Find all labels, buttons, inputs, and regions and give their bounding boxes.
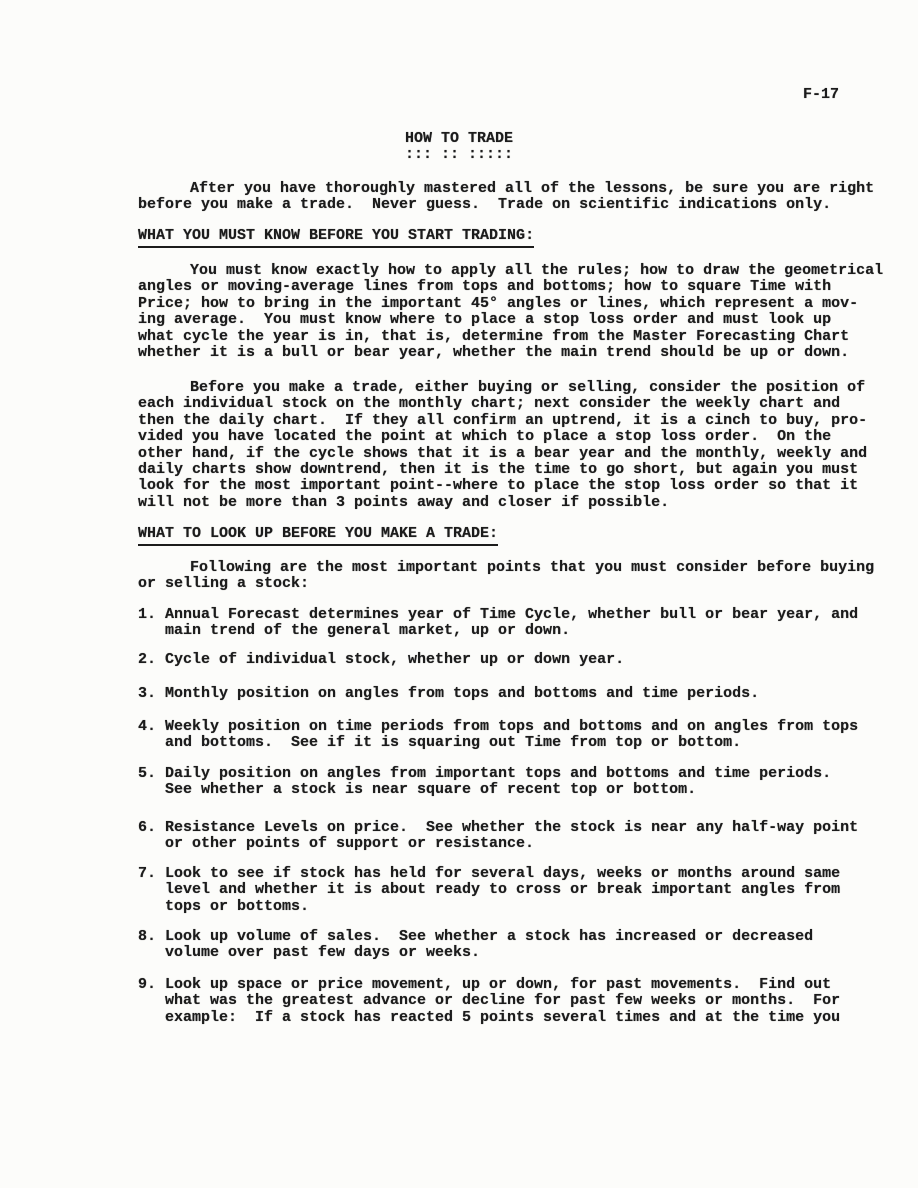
list-item: 2. Cycle of individual stock, whether up… (138, 652, 908, 668)
document-page: F-17 HOW TO TRADE ::: :: ::::: After you… (0, 0, 918, 1188)
list-item: 4. Weekly position on time periods from … (138, 719, 908, 752)
list-item-text: Look up space or price movement, up or d… (165, 977, 908, 1026)
list-item-number: 7. (138, 866, 157, 882)
section-heading-must-know: WHAT YOU MUST KNOW BEFORE YOU START TRAD… (138, 228, 534, 248)
list-item-number: 2. (138, 652, 157, 668)
list-item-number: 5. (138, 766, 157, 782)
list-item: 1. Annual Forecast determines year of Ti… (138, 607, 908, 640)
section-heading-look-up: WHAT TO LOOK UP BEFORE YOU MAKE A TRADE: (138, 526, 498, 546)
must-know-paragraph-2: Before you make a trade, either buying o… (138, 380, 898, 511)
look-up-intro: Following are the most important points … (138, 560, 898, 593)
list-item-text: Look to see if stock has held for severa… (165, 866, 908, 915)
list-item-number: 9. (138, 977, 157, 993)
intro-paragraph: After you have thoroughly mastered all o… (138, 181, 898, 214)
must-know-paragraph-1: You must know exactly how to apply all t… (138, 263, 898, 361)
list-item-text: Resistance Levels on price. See whether … (165, 820, 908, 853)
title-block: HOW TO TRADE ::: :: ::::: (0, 131, 918, 164)
list-item-text: Cycle of individual stock, whether up or… (165, 652, 908, 668)
page-title-underline: ::: :: ::::: (0, 147, 918, 163)
list-item-number: 4. (138, 719, 157, 735)
list-item-text: Weekly position on time periods from top… (165, 719, 908, 752)
list-item: 3. Monthly position on angles from tops … (138, 686, 908, 702)
list-item-number: 1. (138, 607, 157, 623)
page-number: F-17 (803, 87, 839, 103)
list-item-text: Daily position on angles from important … (165, 766, 908, 799)
list-item-number: 8. (138, 929, 157, 945)
list-item-text: Look up volume of sales. See whether a s… (165, 929, 908, 962)
list-item: 5. Daily position on angles from importa… (138, 766, 908, 799)
page-title: HOW TO TRADE (0, 131, 918, 147)
list-item-number: 3. (138, 686, 157, 702)
list-item: 6. Resistance Levels on price. See wheth… (138, 820, 908, 853)
list-item: 9. Look up space or price movement, up o… (138, 977, 908, 1026)
list-item: 7. Look to see if stock has held for sev… (138, 866, 908, 915)
list-item-number: 6. (138, 820, 157, 836)
list-item-text: Monthly position on angles from tops and… (165, 686, 908, 702)
list-item: 8. Look up volume of sales. See whether … (138, 929, 908, 962)
list-item-text: Annual Forecast determines year of Time … (165, 607, 908, 640)
